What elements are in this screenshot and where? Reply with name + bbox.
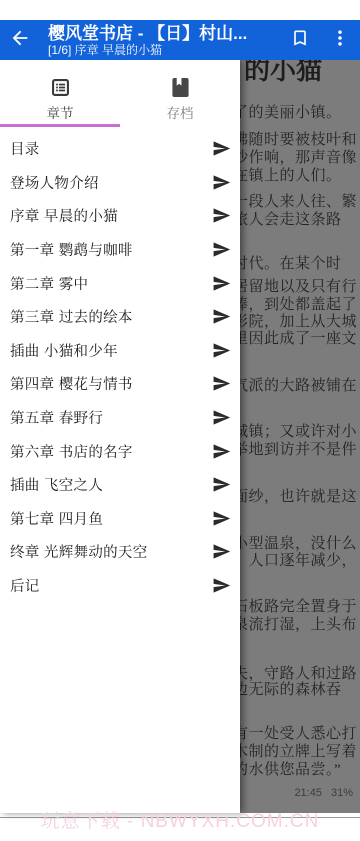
send-icon[interactable]	[212, 173, 231, 192]
tab-chapters-label: 章节	[47, 102, 74, 122]
chapter-title: 插曲 飞空之人	[10, 474, 103, 495]
reader-text-line: 里因此成了一座文	[240, 331, 357, 347]
tab-archive-label: 存档	[167, 102, 194, 122]
send-icon[interactable]	[212, 509, 231, 528]
reader-text-line: 沙作响，那声音像	[240, 150, 357, 166]
reader-text-line: 有一处受人悉心打	[240, 726, 357, 742]
reader-text-line: 旅人会走这条路	[240, 212, 342, 228]
chapter-item[interactable]: 插曲 小猫和少年	[0, 334, 240, 368]
chapter-item[interactable]: 第六章 书店的名字	[0, 434, 240, 468]
chapter-title: 第六章 书店的名字	[10, 441, 133, 462]
selected-tab-underline	[0, 124, 120, 127]
reading-position-subtitle: [1/6] 序章 早晨的小猫	[48, 43, 280, 57]
bottom-divider-line	[0, 817, 360, 818]
reader-text-line: 了的美丽小镇。	[240, 105, 342, 121]
reader-text-line: 边无际的森林吞	[240, 682, 342, 698]
send-icon[interactable]	[212, 576, 231, 595]
reader-text-line: 面纱，也许就是这	[240, 489, 357, 505]
send-icon[interactable]	[212, 542, 231, 561]
reader-app-screen: 樱风堂书店 - 【日】村山... [1/6] 序章 早晨的小猫 的小猫 了的美丽…	[0, 0, 360, 841]
reader-text-line: 的水供您品尝。”	[240, 762, 341, 778]
chapter-list-icon	[50, 76, 71, 98]
chapter-title: 后记	[10, 575, 40, 596]
chapter-item[interactable]: 第七章 四月鱼	[0, 502, 240, 536]
chapter-item[interactable]: 第二章 雾中	[0, 266, 240, 300]
chapter-item[interactable]: 插曲 飞空之人	[0, 468, 240, 502]
tab-archive[interactable]: 存档	[120, 60, 240, 127]
tab-chapters[interactable]: 章节	[0, 60, 120, 127]
reader-text-line: 泉流打湿，上头布	[240, 617, 357, 633]
chapter-title: 第四章 樱花与情书	[10, 373, 133, 394]
chapter-title: 终章 光辉舞动的天空	[10, 541, 148, 562]
send-icon[interactable]	[212, 274, 231, 293]
chapters-drawer: 章节 存档 目录登场人物介绍序章 早晨的小猫第一章 鹦鹉与咖啡第二章 雾中第三章…	[0, 60, 240, 813]
send-icon[interactable]	[212, 442, 231, 461]
bookmark-button[interactable]	[280, 20, 320, 60]
three-dot-menu-icon	[330, 28, 350, 53]
chapter-title: 第三章 过去的绘本	[10, 306, 133, 327]
chapter-title: 插曲 小猫和少年	[10, 340, 118, 361]
chapter-item[interactable]: 终章 光辉舞动的天空	[0, 535, 240, 569]
book-title: 樱风堂书店 - 【日】村山...	[48, 24, 280, 43]
bookmark-outline-icon	[290, 28, 310, 53]
overflow-menu-button[interactable]	[320, 20, 360, 60]
send-icon[interactable]	[212, 206, 231, 225]
app-bar-titles: 樱风堂书店 - 【日】村山... [1/6] 序章 早晨的小猫	[40, 20, 280, 60]
send-icon[interactable]	[212, 408, 231, 427]
reader-text-line: 一段人来人往、繁	[240, 194, 357, 210]
send-icon[interactable]	[212, 475, 231, 494]
chapter-item[interactable]: 第三章 过去的绘本	[0, 300, 240, 334]
send-icon[interactable]	[212, 374, 231, 393]
chapter-title: 登场人物介绍	[10, 172, 99, 193]
chapter-item[interactable]: 后记	[0, 569, 240, 603]
app-bar: 樱风堂书店 - 【日】村山... [1/6] 序章 早晨的小猫	[0, 20, 360, 60]
chapter-list: 目录登场人物介绍序章 早晨的小猫第一章 鹦鹉与咖啡第二章 雾中第三章 过去的绘本…	[0, 132, 240, 602]
reader-text-line: 在镇上的人们。	[240, 168, 342, 184]
status-bar	[0, 0, 360, 20]
reader-page-dimmed[interactable]: 的小猫 了的美丽小镇。佛随时要被枝叶和沙作响，那声音像在镇上的人们。一段人来人往…	[240, 60, 360, 813]
battery-text: 31%	[331, 787, 353, 799]
chapter-item[interactable]: 目录	[0, 132, 240, 166]
chapter-item[interactable]: 第五章 春野行	[0, 401, 240, 435]
send-icon[interactable]	[212, 139, 231, 158]
back-button[interactable]	[0, 20, 40, 60]
reader-text-line: 举地到访并不是件	[240, 442, 357, 458]
reader-text-line: 时代。在某个时	[240, 256, 342, 272]
send-icon[interactable]	[212, 341, 231, 360]
send-icon[interactable]	[212, 240, 231, 259]
chapter-title: 序章 早晨的小猫	[10, 205, 118, 226]
reader-text-line: 城镇；又或许对小	[240, 424, 357, 440]
chapter-item[interactable]: 第一章 鹦鹉与咖啡	[0, 233, 240, 267]
send-icon[interactable]	[212, 307, 231, 326]
reader-text-line: 失，守路人和过路	[240, 666, 357, 682]
chapter-title: 第一章 鹦鹉与咖啡	[10, 239, 133, 260]
reader-text-line: 捧，到处都盖起了	[240, 297, 357, 313]
clock-text: 21:45	[294, 787, 322, 799]
drawer-tab-bar: 章节 存档	[0, 60, 240, 127]
chapter-item[interactable]: 第四章 樱花与情书	[0, 367, 240, 401]
chapter-item[interactable]: 登场人物介绍	[0, 166, 240, 200]
chapter-item[interactable]: 序章 早晨的小猫	[0, 199, 240, 233]
chapter-title: 第二章 雾中	[10, 273, 88, 294]
chapter-title: 目录	[10, 138, 40, 159]
reader-text-line: 影院，加上从大城	[240, 314, 357, 330]
chapter-title: 第五章 春野行	[10, 407, 103, 428]
reader-text-line: 石板路完全置身于	[240, 599, 357, 615]
reader-text-line: ，人口逐年减少，	[240, 553, 357, 569]
arrow-left-icon	[9, 27, 31, 54]
reader-text-line: 小型温泉，没什么	[240, 536, 357, 552]
reader-text-line: 居留地以及只有行	[240, 279, 357, 295]
reader-text-line: 佛随时要被枝叶和	[240, 132, 357, 148]
chapter-heading-fragment: 的小猫	[244, 60, 322, 87]
reader-text-line: 木制的立牌上写着	[240, 744, 357, 760]
chapter-title: 第七章 四月鱼	[10, 508, 103, 529]
archive-book-icon	[171, 76, 190, 98]
reader-footer: 21:45 31%	[294, 787, 353, 799]
reader-text-line: 气派的大路被铺在	[240, 378, 357, 394]
